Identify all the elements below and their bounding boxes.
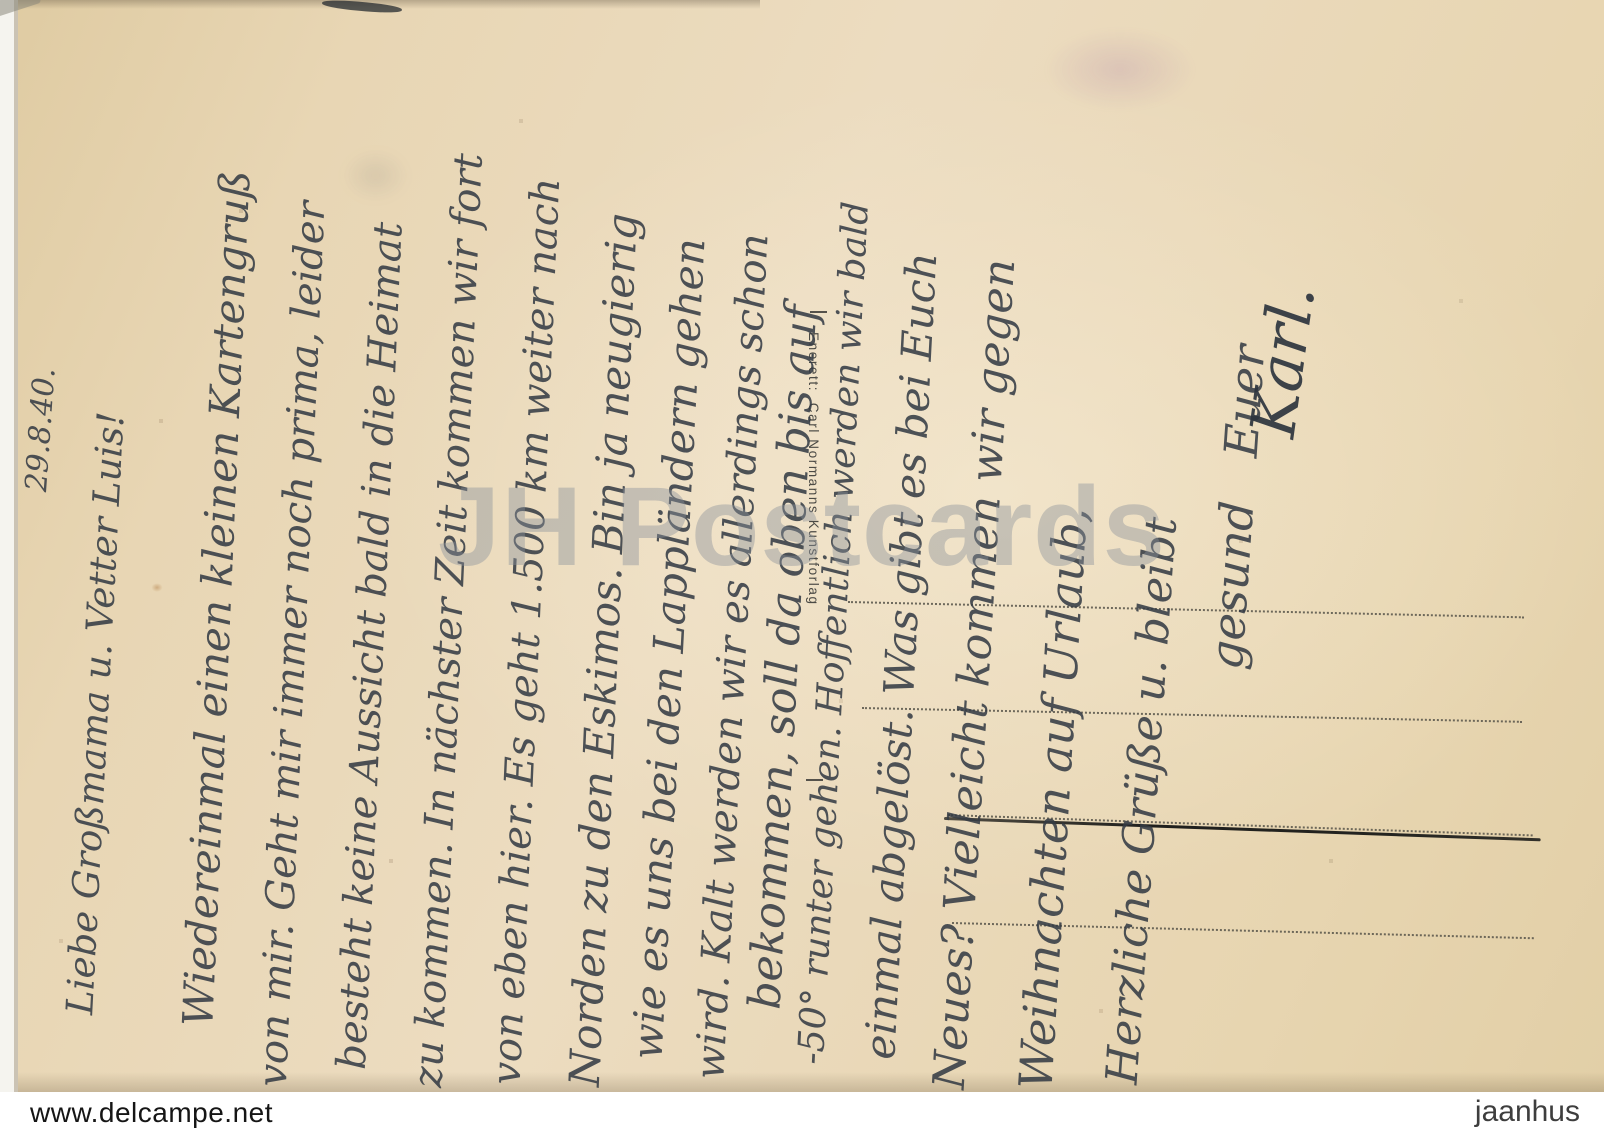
handwritten-date: 29.8.40. — [20, 319, 66, 493]
source-url-text: www.delcampe.net — [30, 1092, 273, 1132]
handwriting-line: von mir. Geht mir immer noch prima, leid… — [250, 71, 340, 1087]
scan-footer-bar: www.delcampe.net jaanhus — [0, 1092, 1604, 1132]
address-dotted-line-1 — [848, 601, 1524, 618]
seller-name-text: jaanhus — [1475, 1092, 1580, 1132]
handwriting-line: Liebe Großmama u. Vetter Luis! — [59, 444, 131, 1015]
jh-postcards-watermark: JH Postcards — [438, 462, 1166, 591]
handwriting-line: besteht keine Aussicht bald in die Heima… — [329, 94, 417, 1070]
postcard-back: Enerett: Carl Normanns Kunstforlag 29.8.… — [0, 0, 1604, 1092]
postmark-smudge — [1015, 12, 1225, 127]
scan-bottom-shadow — [0, 1072, 1604, 1092]
signature: Karl. — [1237, 125, 1351, 442]
handwriting-line: Wiedereinmal einen kleinen Kartengruß — [174, 31, 266, 1027]
foxing-stain — [150, 582, 164, 593]
paper-speckles — [0, 0, 2, 2]
handwriting-line: Weihnachten auf Urlaub, — [1009, 349, 1107, 1091]
handwriting-line: von eben hier. Es geht 1.500 km weiter n… — [484, 104, 573, 1085]
scanner-edge-strip — [0, 0, 18, 1092]
scanned-postcard-image: Enerett: Carl Normanns Kunstforlag 29.8.… — [0, 0, 1604, 1132]
